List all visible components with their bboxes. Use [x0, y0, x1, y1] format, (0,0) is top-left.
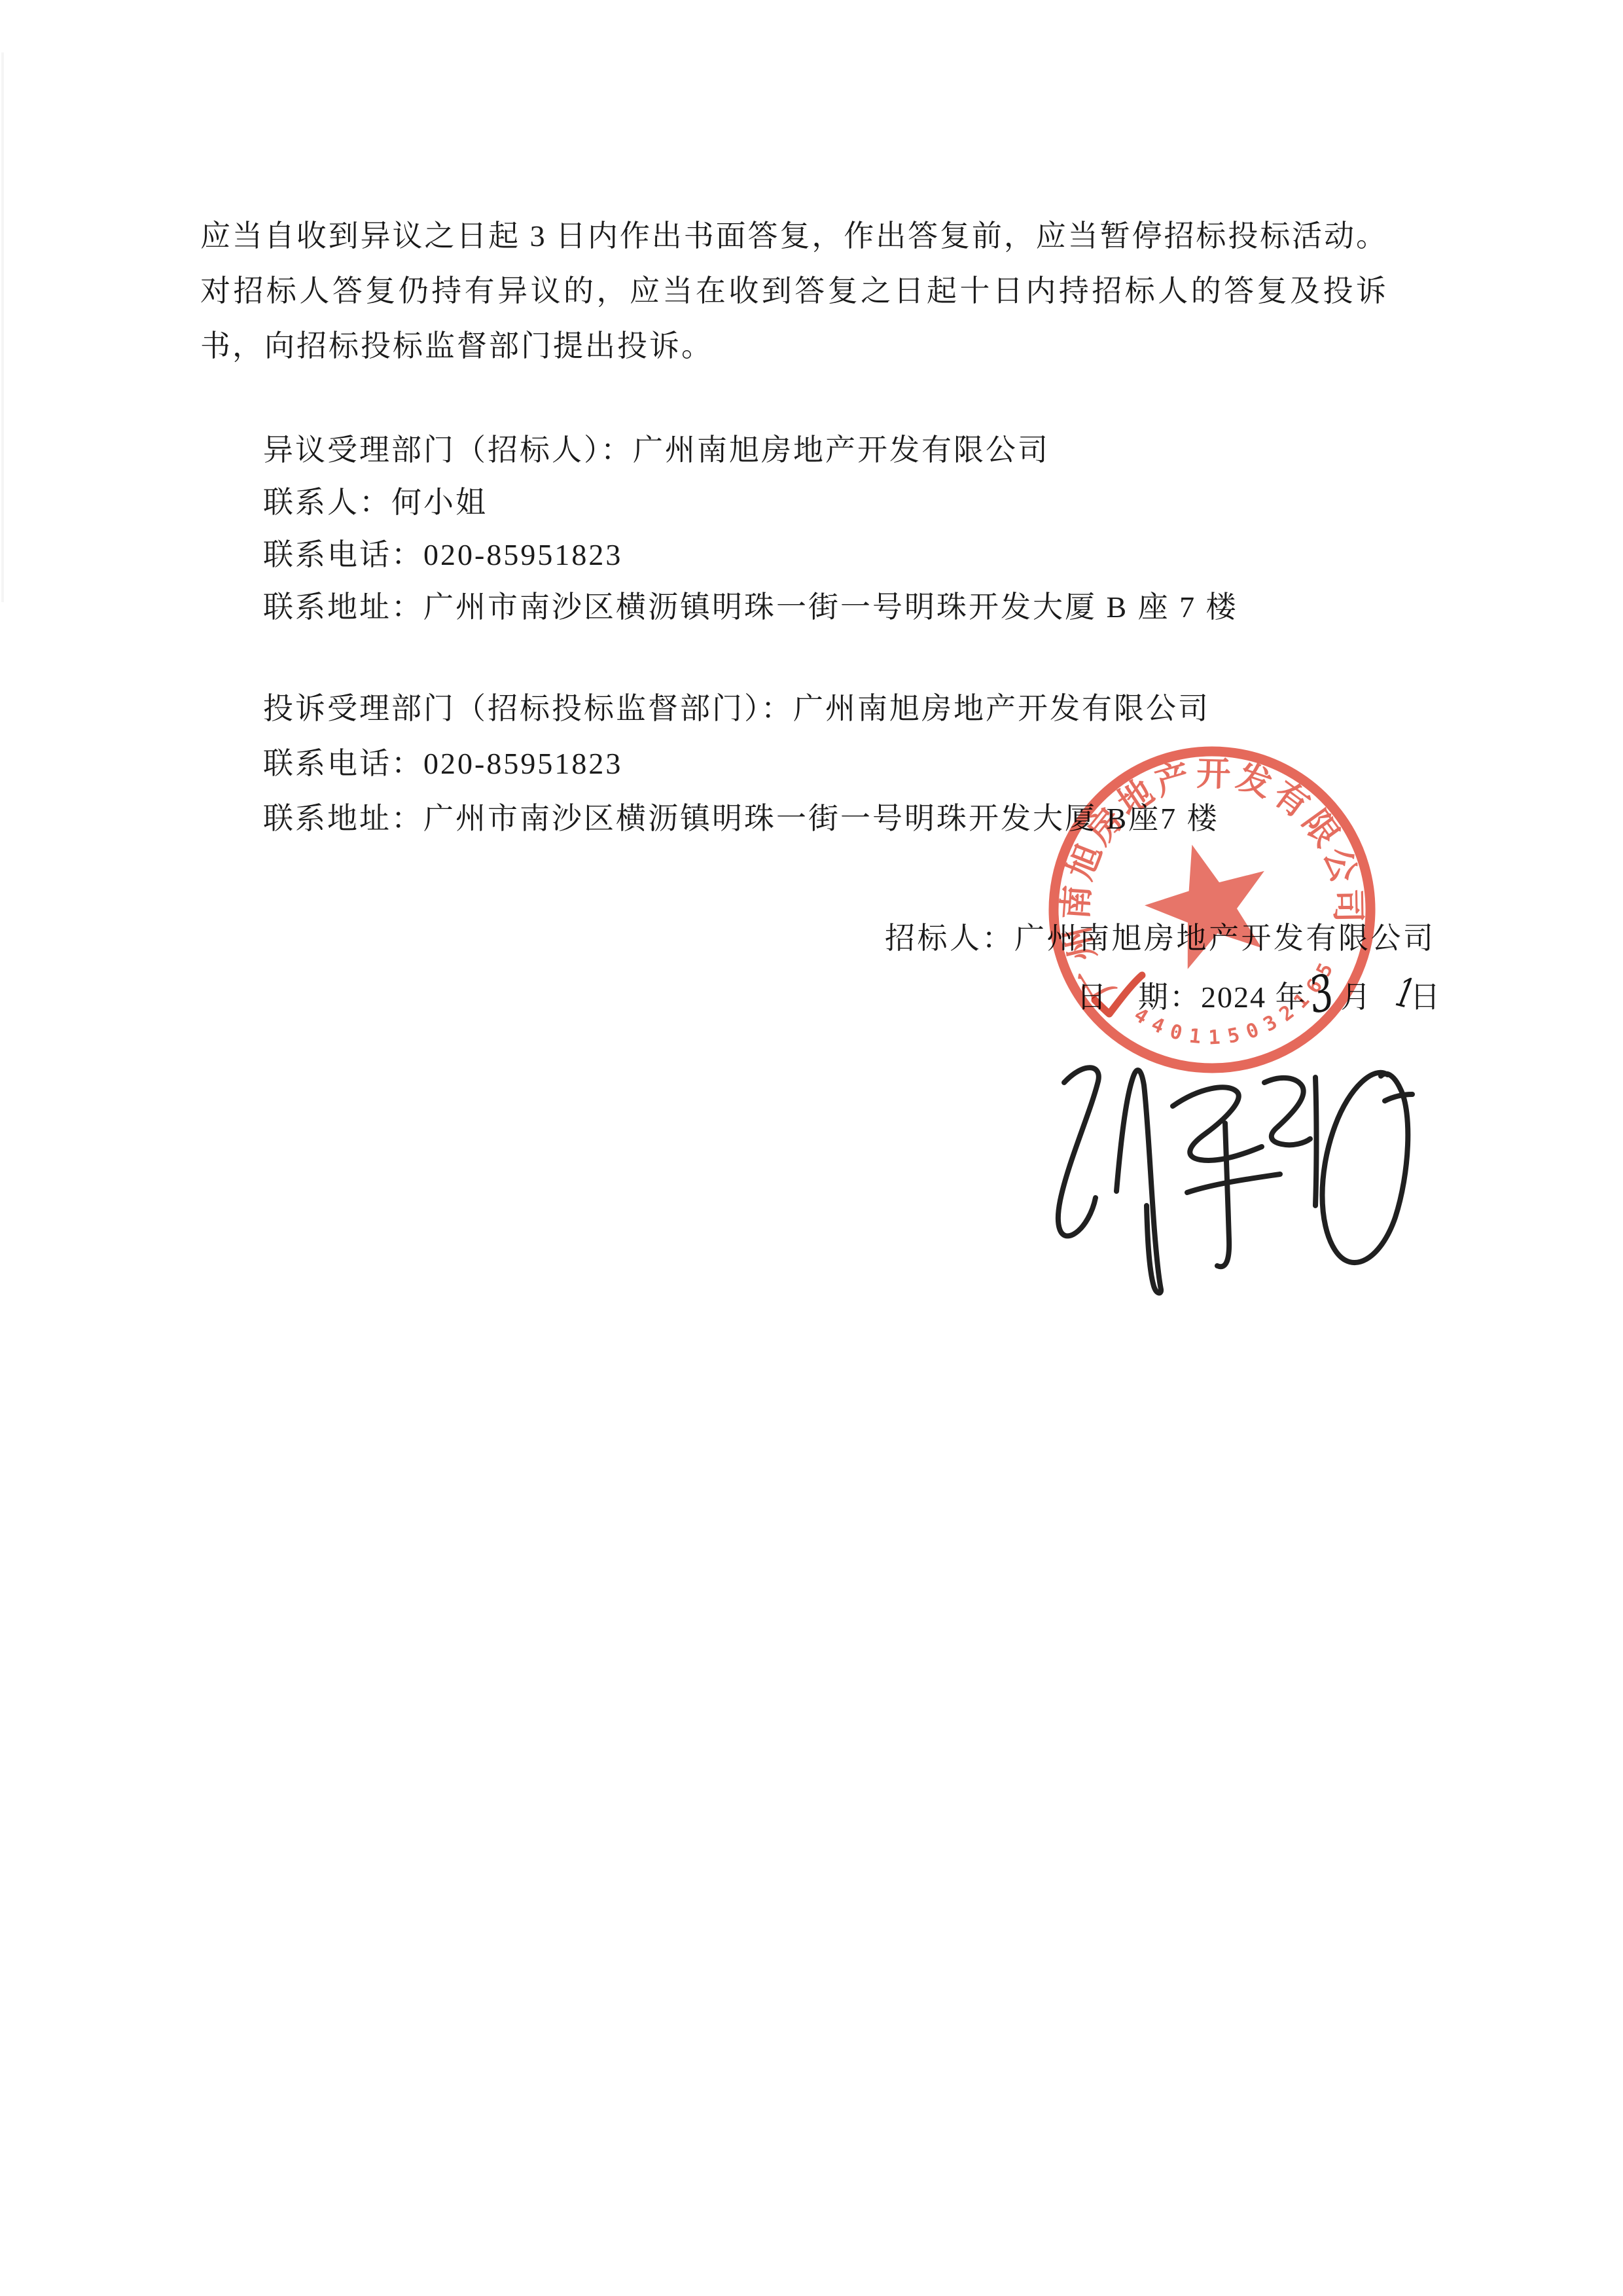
paragraph-line: 应当自收到异议之日起 3 日内作出书面答复，作出答复前，应当暂停招标投标活动。 — [200, 209, 1387, 264]
handwritten-date-numerals: 3 1 — [1296, 956, 1440, 1041]
objection-contact-line: 联系人：何小姐 — [263, 476, 1238, 529]
red-check-mark — [1083, 969, 1155, 1024]
handwritten-signature — [1021, 1034, 1453, 1322]
intro-paragraph: 应当自收到异议之日起 3 日内作出书面答复，作出答复前，应当暂停招标投标活动。 … — [200, 209, 1387, 374]
handwritten-day-value: 1 — [1391, 969, 1418, 1018]
paragraph-line: 对招标人答复仍持有异议的，应当在收到答复之日起十日内持招标人的答复及投诉 — [200, 264, 1387, 319]
scan-edge-artifact — [1, 52, 4, 602]
objection-phone-line: 联系电话：020-85951823 — [263, 529, 1238, 581]
scanned-document-page: { "colors": { "stamp_red": "#df4a3a", "i… — [0, 0, 1623, 2296]
objection-address-line: 联系地址：广州市南沙区横沥镇明珠一街一号明珠开发大厦 B 座 7 楼 — [263, 581, 1238, 634]
paragraph-line: 书，向招标投标监督部门提出投诉。 — [200, 319, 1387, 374]
objection-dept-line: 异议受理部门（招标人）：广州南旭房地产开发有限公司 — [263, 424, 1238, 476]
star-icon — [1132, 827, 1285, 975]
complaint-dept-line: 投诉受理部门（招标投标监督部门）：广州南旭房地产开发有限公司 — [263, 681, 1219, 736]
objection-contact-section: 异议受理部门（招标人）：广州南旭房地产开发有限公司 联系人：何小姐 联系电话：0… — [263, 424, 1238, 634]
handwritten-month-value: 3 — [1304, 963, 1339, 1025]
